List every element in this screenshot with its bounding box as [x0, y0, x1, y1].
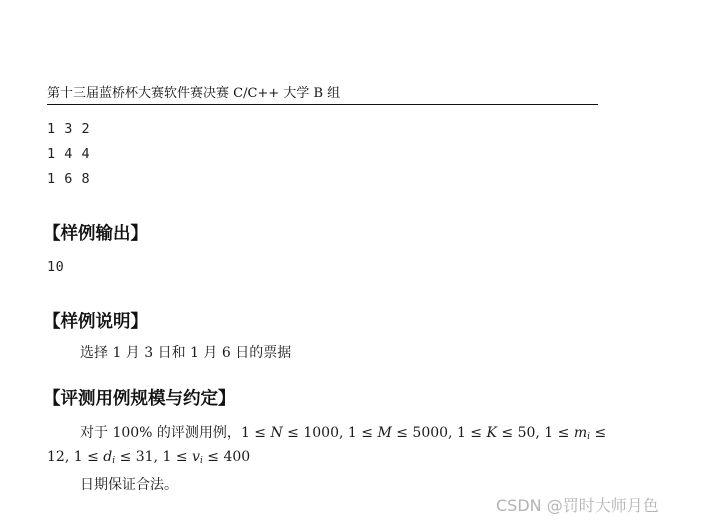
page-header-title: 第十三届蓝桥杯大赛软件赛决赛 C/C++ 大学 B 组 [47, 86, 598, 102]
math-var-vi: v [192, 449, 200, 465]
sample-input-line: 1 3 2 [47, 121, 90, 137]
math-text: ≤ [590, 425, 606, 441]
math-text: ≤ 1000, 1 ≤ [283, 425, 378, 441]
sample-output-value: 10 [47, 259, 64, 275]
sample-input-line: 1 6 8 [47, 171, 90, 187]
constraints-note: 日期保证合法。 [80, 476, 178, 494]
constraints-line-1: 对于 100% 的评测用例，1 ≤ N ≤ 1000, 1 ≤ M ≤ 5000… [80, 424, 606, 442]
math-text: ≤ 5000, 1 ≤ [392, 425, 487, 441]
section-title-constraints: 【评测用例规模与约定】 [43, 388, 236, 410]
constraints-prefix: 对于 100% 的评测用例， [80, 425, 241, 441]
math-var-k: K [486, 425, 496, 441]
math-text: ≤ 31, 1 ≤ [115, 449, 192, 465]
header-rule [47, 104, 598, 105]
math-var-mi: m [574, 425, 587, 441]
csdn-watermark: CSDN @罚时大师月色 [496, 496, 659, 516]
constraints-line-2: 12, 1 ≤ di ≤ 31, 1 ≤ vi ≤ 400 [47, 448, 250, 466]
math-var-n: N [270, 425, 282, 441]
math-text: ≤ 400 [203, 449, 250, 465]
math-text: 12, 1 ≤ [47, 449, 103, 465]
math-var-di: d [103, 449, 112, 465]
sample-explanation-text: 选择 1 月 3 日和 1 月 6 日的票据 [80, 344, 291, 362]
math-text: 1 ≤ [241, 425, 271, 441]
math-var-m: M [377, 425, 391, 441]
sample-input-line: 1 4 4 [47, 146, 90, 162]
section-title-sample-output: 【样例输出】 [43, 223, 148, 245]
section-title-sample-explanation: 【样例说明】 [43, 311, 148, 333]
math-text: ≤ 50, 1 ≤ [497, 425, 574, 441]
